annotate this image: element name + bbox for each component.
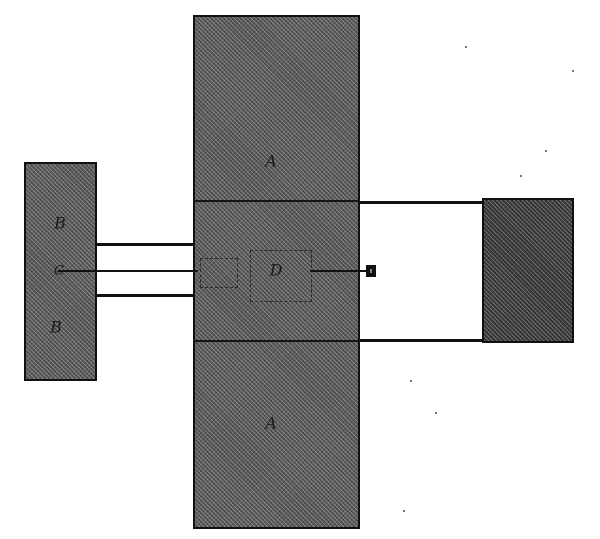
scan-speck (403, 510, 405, 512)
rod-end-connector (366, 265, 376, 277)
label-central-bottom: A (265, 414, 277, 433)
central-divider-upper (193, 200, 360, 202)
label-left-center: C (54, 264, 64, 279)
scan-speck (545, 150, 547, 152)
left-rod-center (58, 270, 198, 272)
right-rod-top (360, 201, 482, 204)
inner-dashed-box-left (200, 258, 238, 288)
left-rod-top (97, 243, 193, 246)
central-divider-lower (193, 340, 360, 342)
right-rod-bottom (360, 339, 482, 342)
label-central-middle: D (270, 261, 283, 280)
scan-speck (572, 70, 574, 72)
center-rod (310, 270, 368, 272)
scan-speck (435, 412, 437, 414)
label-left-top: B (54, 214, 66, 233)
label-left-bottom: B (50, 318, 62, 337)
scan-speck (465, 46, 467, 48)
label-central-top: A (265, 152, 277, 171)
left-rod-bottom (97, 294, 193, 297)
scan-speck (410, 380, 412, 382)
right-block (482, 198, 574, 343)
scan-speck (520, 175, 522, 177)
